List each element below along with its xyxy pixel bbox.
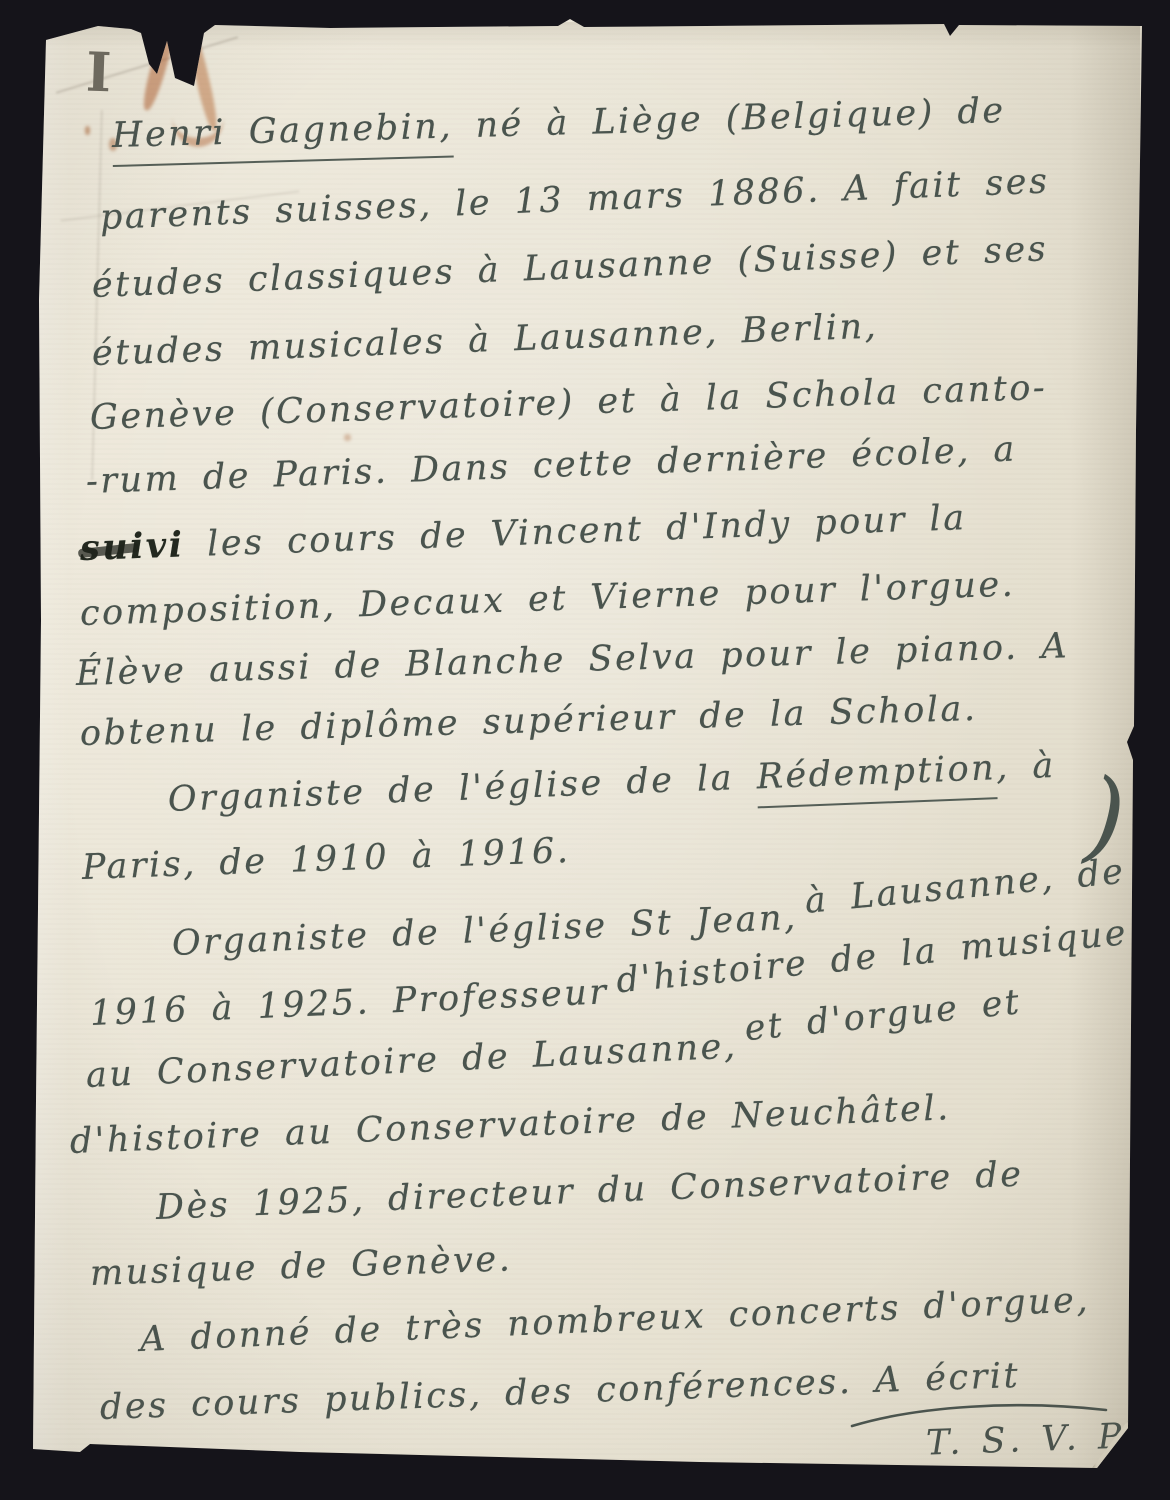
handwritten-line: obtenu le diplôme supérieur de la Schola… [79,689,978,754]
rust-stain [330,6,368,19]
handwriting-text: au Conservatoire de Lausanne, [85,1026,738,1096]
handwriting-text: obtenu le diplôme supérieur de la Schola… [79,689,978,754]
handwritten-line: Henri Gagnebin, né à Liège (Belgique) de [111,91,1006,156]
handwritten-line: Dès 1925, directeur du Conservatoire de [155,1155,1024,1228]
handwritten-line: suivi les cours de Vincent d'Indy pour l… [79,497,967,569]
handwriting-text: Genève (Conservatoire) et à la Schola ca… [89,368,1047,438]
handwriting-text: Élève aussi de Blanche Selva pour le pia… [75,626,1069,694]
handwriting-text: Organiste de l'église de la [167,757,757,820]
handwriting-text: les cours de Vincent d'Indy pour la [184,498,967,565]
handwritten-line: parents suisses, le 13 mars 1886. A fait… [99,162,1050,238]
handwriting-text: -rum de Paris. Dans cette dernière école… [85,430,1017,502]
handwritten-line: musique de Genève. [89,1239,513,1294]
handwriting-text: Dès 1925, directeur du Conservatoire de [155,1155,1024,1228]
rust-stain [85,126,90,135]
handwritten-line: Élève aussi de Blanche Selva pour le pia… [75,626,1069,694]
handwriting-text: musique de Genève. [89,1239,513,1294]
handwriting-text: A donné de très nombreux concerts d'orgu… [139,1280,1091,1360]
manuscript-page: I Henri Gagnebin, né à Liège (Belgique) … [0,0,1170,1500]
handwriting-text: études classiques à Lausanne (Suisse) et… [91,229,1049,306]
handwriting-text: parents suisses, le 13 mars 1886. A fait… [99,162,1050,238]
rust-stain [344,434,351,441]
underlined-text: Rédemption [756,748,997,808]
handwriting-text: 1916 à 1925. Professeur [89,972,609,1034]
handwritten-line: d'histoire au Conservatoire de Neuchâtel… [69,1088,951,1162]
handwritten-line: études classiques à Lausanne (Suisse) et… [91,229,1049,306]
handwriting-text: né à Liège (Belgique) de [452,91,1006,146]
paper-right-shading [1070,20,1140,1470]
underlined-text: Henri Gagnebin, [111,106,453,167]
handwritten-line: -rum de Paris. Dans cette dernière école… [85,430,1017,502]
handwritten-line: études musicales à Lausanne, Berlin, [91,307,879,374]
paper-top-shading [40,22,1140,48]
corrected-word: suivi [79,524,185,569]
page-number-pencil: I [85,40,112,105]
handwriting-text: , à [995,746,1056,788]
handwriting-text: à Lausanne, de [803,852,1127,922]
photo-background: I Henri Gagnebin, né à Liège (Belgique) … [0,0,1170,1500]
handwriting-text: composition, Decaux et Vierne pour l'org… [79,565,1015,634]
handwriting-text: d'histoire au Conservatoire de Neuchâtel… [69,1088,951,1162]
handwritten-line: Paris, de 1910 à 1916. [81,831,571,888]
handwritten-line: Genève (Conservatoire) et à la Schola ca… [89,368,1047,438]
closing-paren-mark: ) [1083,765,1129,867]
handwriting-text: Paris, de 1910 à 1916. [81,831,571,888]
handwritten-line: A donné de très nombreux concerts d'orgu… [139,1280,1091,1360]
paper-left-highlight [30,30,70,1450]
handwritten-line: composition, Decaux et Vierne pour l'org… [79,565,1015,634]
handwriting-text: études musicales à Lausanne, Berlin, [91,307,879,374]
handwritten-line: Organiste de l'église de la Rédemption, … [167,746,1056,820]
